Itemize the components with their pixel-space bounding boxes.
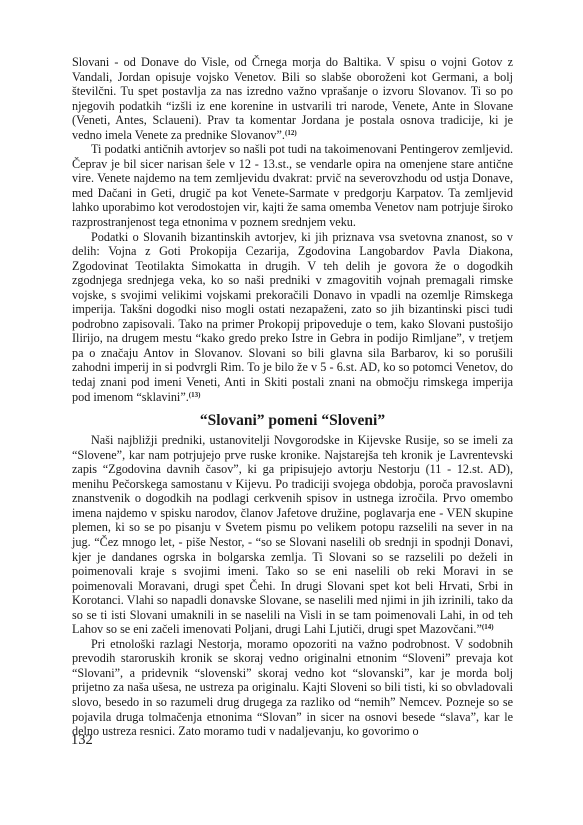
paragraph-text: Ti podatki antičnih avtorjev so našli po… <box>72 142 513 229</box>
paragraph: Ti podatki antičnih avtorjev so našli po… <box>72 142 513 229</box>
page-number: 132 <box>71 732 93 749</box>
paragraph-text: Podatki o Slovanih bizantinskih avtorjev… <box>72 230 513 404</box>
paragraph-text: Pri etnološki razlagi Nestorja, moramo o… <box>72 637 513 738</box>
paragraph-text: Naši najbližji predniki, ustanovitelji N… <box>72 433 513 636</box>
section-heading: “Slovani” pomeni “Sloveni” <box>72 412 513 430</box>
paragraph: Podatki o Slovanih bizantinskih avtorjev… <box>72 230 513 405</box>
footnote-ref: (12) <box>285 129 297 137</box>
paragraph: Naši najbližji predniki, ustanovitelji N… <box>72 433 513 637</box>
paragraph: Pri etnološki razlagi Nestorja, moramo o… <box>72 637 513 739</box>
page-body: Slovani - od Donave do Visle, od Črnega … <box>72 55 513 739</box>
footnote-ref: (13) <box>189 391 201 399</box>
paragraph: Slovani - od Donave do Visle, od Črnega … <box>72 55 513 142</box>
footnote-ref: (14) <box>482 623 494 631</box>
